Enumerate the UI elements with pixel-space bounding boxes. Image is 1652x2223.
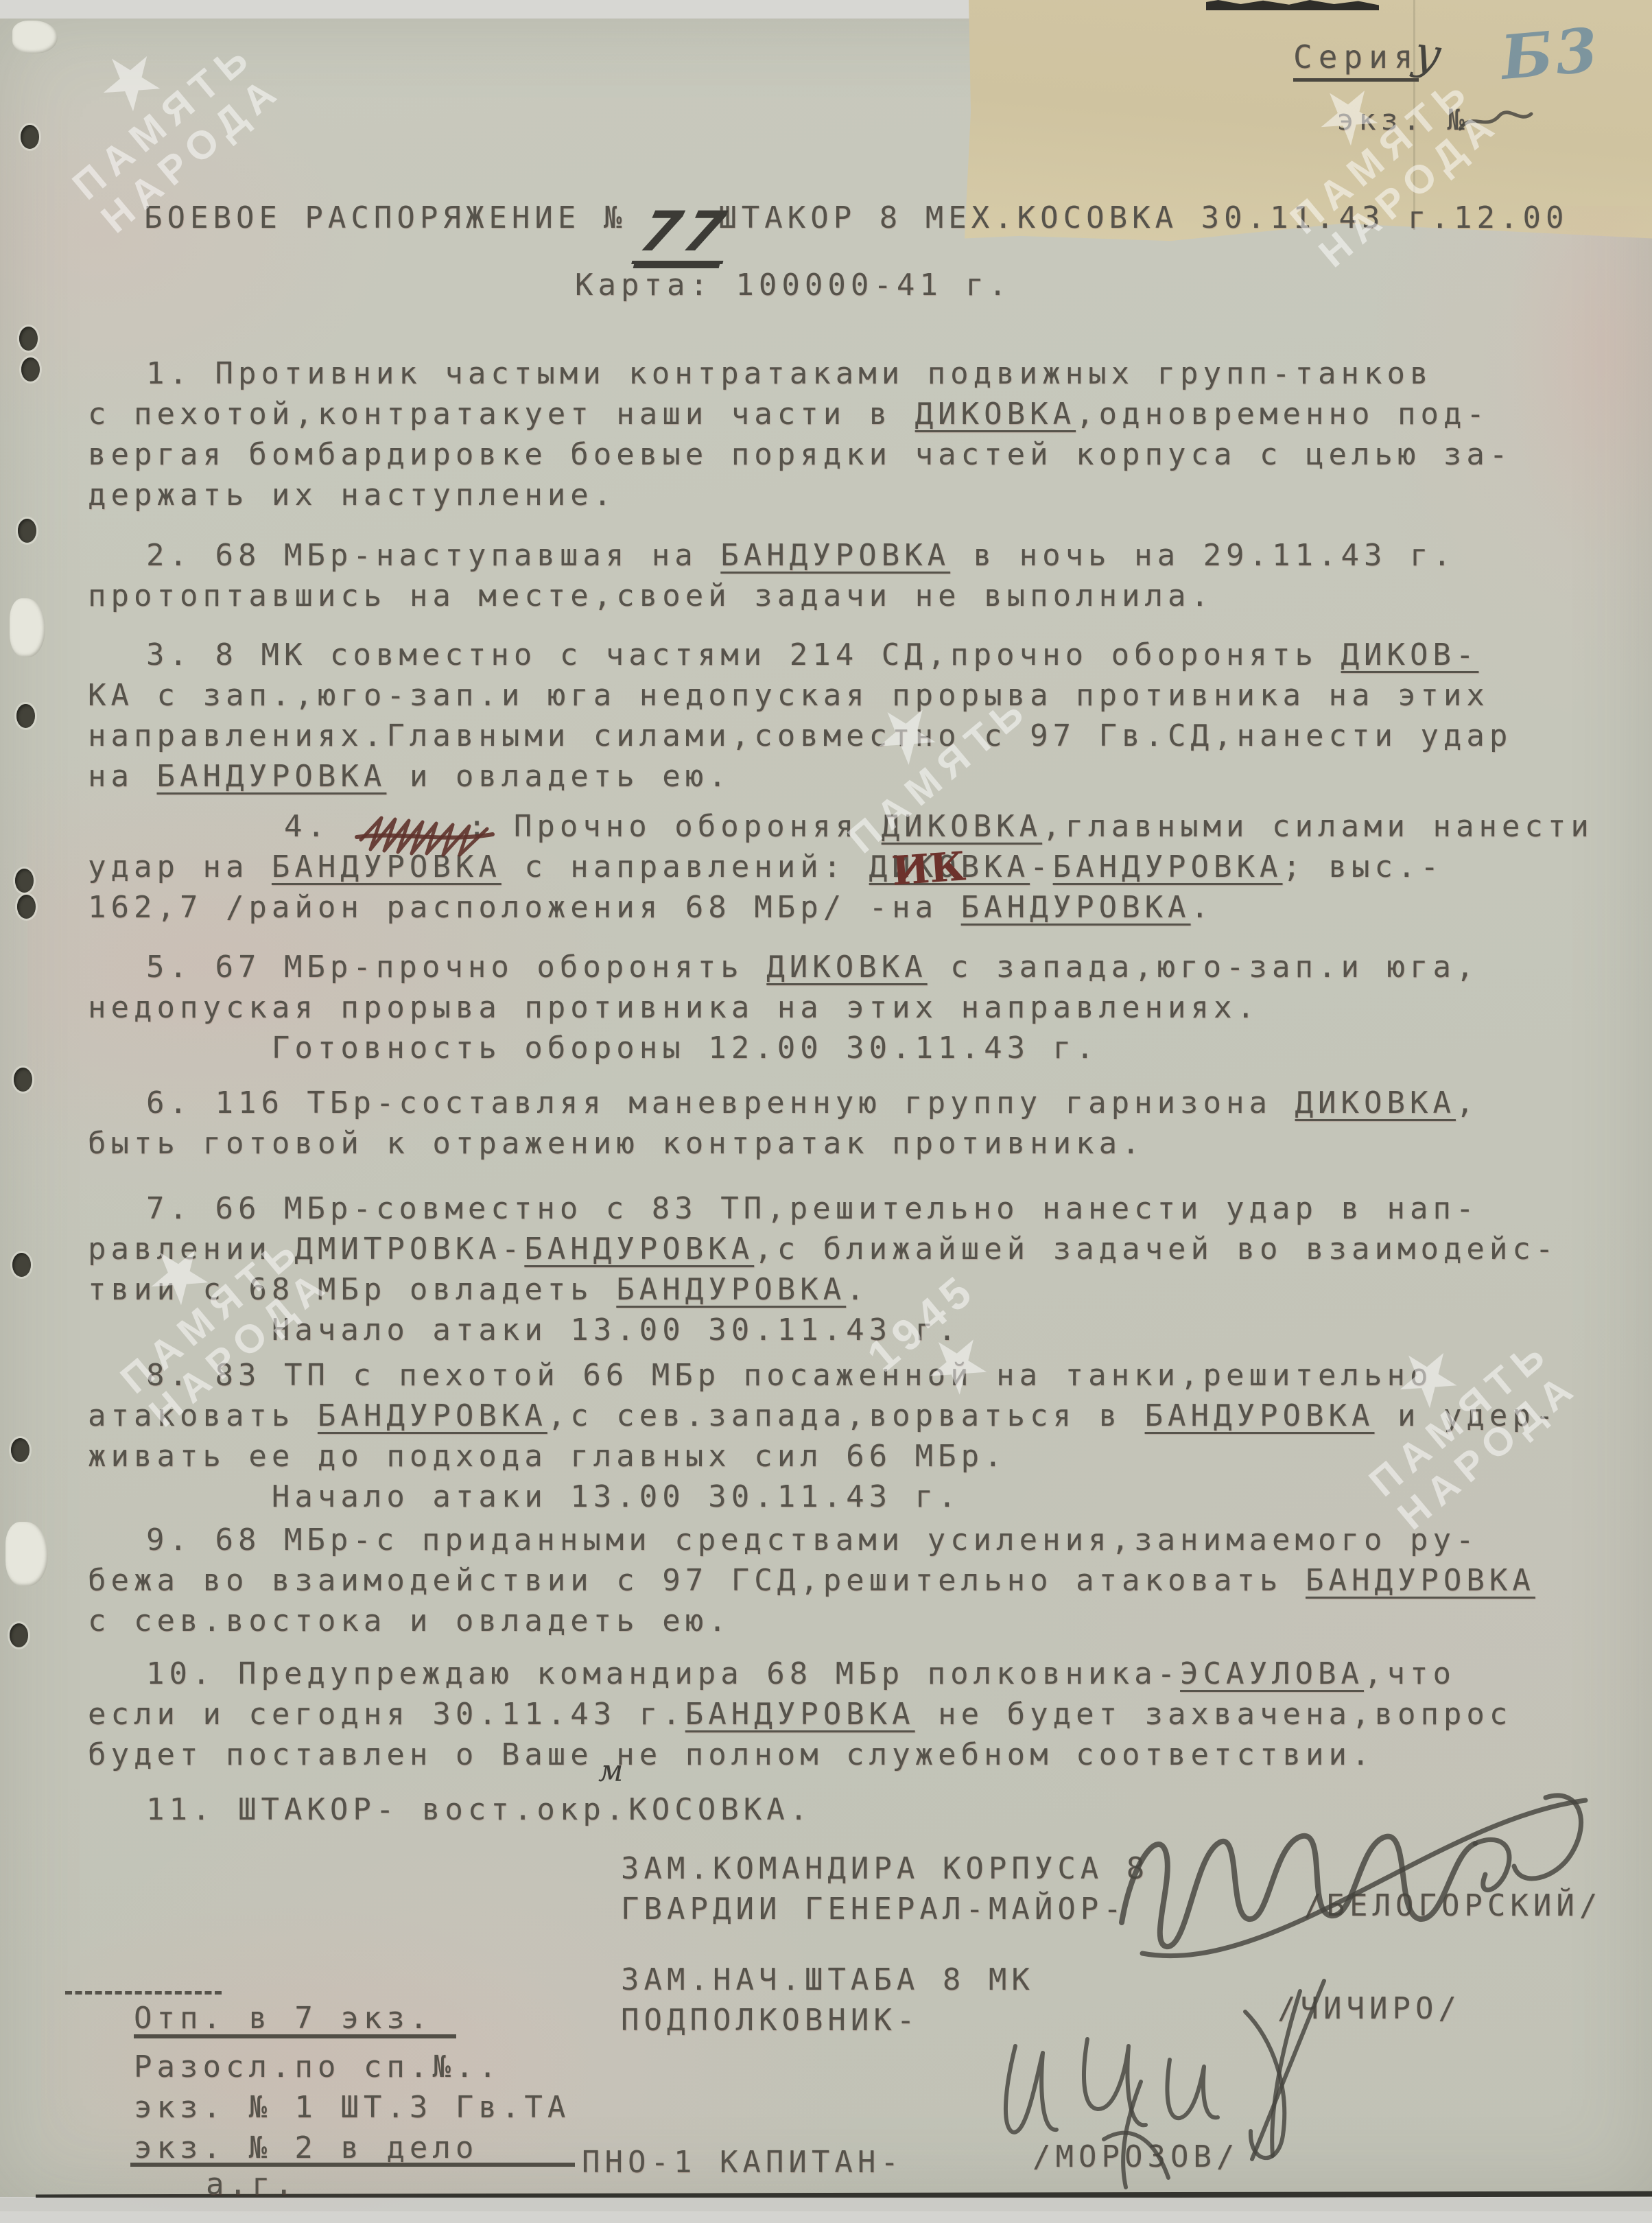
typed-line: 8. 83 ТП с пехотой 66 МБр посаженной на … bbox=[88, 1355, 1649, 1396]
typed-line: с пехотой,контратакует наши части в ДИКО… bbox=[88, 394, 1649, 434]
punch-hole bbox=[12, 1253, 31, 1277]
typed-line: с сев.востока и овладеть ею. bbox=[88, 1601, 1649, 1641]
distribution-block: Отп. в 7 экз.Разосл.по сп.№..экз. № 1 ШТ… bbox=[134, 1998, 751, 2168]
paragraph-10: 10. Предупреждаю командира 68 МБр полков… bbox=[88, 1654, 1649, 1775]
scanner-background-top bbox=[0, 0, 971, 19]
signer1-position-line1: ЗАМ.КОМАНДИРА КОРПУСА 8 bbox=[621, 1851, 1149, 1886]
punch-hole bbox=[17, 895, 36, 919]
typed-line: 7. 66 МБр-совместно с 83 ТП,решительно н… bbox=[88, 1188, 1649, 1229]
typed-line: вергая бомбардировке боевые порядки част… bbox=[88, 434, 1649, 475]
typed-line: Начало атаки 13.00 30.11.43 г. bbox=[88, 1477, 1649, 1517]
typed-line: держать их наступление. bbox=[88, 475, 1649, 515]
typed-line: 5. 67 МБр-прочно оборонять ДИКОВКА с зап… bbox=[88, 947, 1649, 987]
typed-line: 6. 116 ТБр-составляя маневренную группу … bbox=[88, 1083, 1649, 1123]
typed-line: 9. 68 МБр-с приданными средствами усилен… bbox=[88, 1520, 1649, 1560]
handwritten-order-number: 77 bbox=[631, 204, 737, 264]
paragraph-1: 1. Противник частыми контратаками подвиж… bbox=[88, 353, 1649, 515]
punch-hole bbox=[18, 519, 36, 543]
punch-hole bbox=[14, 1068, 32, 1092]
typed-line: 2. 68 МБр-наступавшая на БАНДУРОВКА в но… bbox=[88, 535, 1649, 576]
typed-line: КА с зап.,юго-зап.и юга недопуская проры… bbox=[88, 675, 1649, 716]
typed-line: на БАНДУРОВКА и овладеть ею. bbox=[88, 756, 1649, 797]
paragraph-8: 8. 83 ТП с пехотой 66 МБр посаженной на … bbox=[88, 1355, 1649, 1517]
paragraph-9: 9. 68 МБр-с приданными средствами усилен… bbox=[88, 1520, 1649, 1641]
typed-line: Разосл.по сп.№.. bbox=[134, 2047, 751, 2087]
document-title: БОЕВОЕ РАСПОРЯЖЕНИЕ №77ШТАКОР 8 МЕХ.КОСО… bbox=[144, 200, 1568, 235]
paragraph-2: 2. 68 МБр-наступавшая на БАНДУРОВКА в но… bbox=[88, 535, 1649, 616]
punch-hole bbox=[11, 1438, 29, 1462]
handwritten-insert-letter: м bbox=[598, 1754, 623, 1789]
typed-line: 1. Противник частыми контратаками подвиж… bbox=[88, 353, 1649, 394]
map-reference-line: Карта: 100000-41 г. bbox=[575, 268, 1011, 303]
typed-line: 4. : Прочно обороняя ДИКОВКА,главными си… bbox=[88, 806, 1649, 847]
torn-edge bbox=[12, 21, 58, 54]
typed-line: недопуская прорыва противника на этих на… bbox=[88, 987, 1649, 1028]
dashed-separator bbox=[65, 1991, 222, 1995]
punch-hole bbox=[10, 1623, 28, 1647]
title-suffix: ШТАКОР 8 МЕХ.КОСОВКА 30.11.43 г.12.00 bbox=[718, 200, 1568, 235]
typed-line: 3. 8 МК совместно с частями 214 СД,прочн… bbox=[88, 635, 1649, 675]
paragraph-6: 6. 116 ТБр-составляя маневренную группу … bbox=[88, 1083, 1649, 1164]
typed-line: атаковать БАНДУРОВКА,с сев.запада,ворват… bbox=[88, 1396, 1649, 1436]
signer3-position: ПНО-1 КАПИТАН- bbox=[582, 2145, 904, 2180]
footer-rule bbox=[130, 2163, 575, 2167]
punch-hole bbox=[19, 327, 38, 351]
punch-hole bbox=[21, 357, 40, 381]
typed-line: будет поставлен о Ваше не полном служебн… bbox=[88, 1734, 1649, 1775]
paragraph-5: 5. 67 МБр-прочно оборонять ДИКОВКА с зап… bbox=[88, 947, 1649, 1068]
typed-line: если и сегодня 30.11.43 г.БАНДУРОВКА не … bbox=[88, 1694, 1649, 1734]
serial-label: Серия bbox=[1293, 38, 1419, 82]
paragraph-7: 7. 66 МБр-совместно с 83 ТП,решительно н… bbox=[88, 1188, 1649, 1350]
paragraph-3: 3. 8 МК совместно с частями 214 СД,прочн… bbox=[88, 635, 1649, 797]
punch-hole bbox=[15, 869, 34, 893]
title-prefix: БОЕВОЕ РАСПОРЯЖЕНИЕ № bbox=[144, 200, 626, 235]
typist-initials: а.г. bbox=[206, 2167, 298, 2202]
punch-hole bbox=[16, 704, 35, 728]
pencil-squiggle bbox=[1454, 104, 1544, 140]
typed-line: быть готовой к отражению контратак проти… bbox=[88, 1123, 1649, 1164]
typed-line: 162,7 /район расположения 68 МБр/ -на БА… bbox=[88, 887, 1649, 928]
typed-line: бежа во взаимодействии с 97 ГСД,решитель… bbox=[88, 1560, 1649, 1601]
scribbled-out-word bbox=[357, 811, 494, 859]
punch-hole bbox=[21, 125, 39, 149]
copy-number-label: экз. № bbox=[1336, 103, 1470, 137]
signature-belogorsky bbox=[1101, 1778, 1629, 1984]
signer2-position-line1: ЗАМ.НАЧ.ШТАБА 8 МК bbox=[621, 1962, 1035, 1997]
torn-edge bbox=[10, 598, 45, 657]
red-overwrite-letters: ИК bbox=[890, 843, 967, 894]
typed-line: 10. Предупреждаю командира 68 МБр полков… bbox=[88, 1654, 1649, 1694]
typed-line: равлении ДМИТРОВКА-БАНДУРОВКА,с ближайше… bbox=[88, 1229, 1649, 1269]
paragraph-4: 4. : Прочно обороняя ДИКОВКА,главными си… bbox=[88, 806, 1649, 928]
typed-line: Начало атаки 13.00 30.11.43 г. bbox=[88, 1310, 1649, 1350]
signer1-position-line2: ГВАРДИИ ГЕНЕРАЛ-МАЙОР- bbox=[621, 1892, 1126, 1927]
signature-chichiro bbox=[978, 1964, 1417, 2169]
typed-line: Отп. в 7 экз. bbox=[134, 1998, 456, 2038]
typed-line: направлениях.Главными силами,совместно с… bbox=[88, 716, 1649, 756]
typed-line: удар на БАНДУРОВКА с направлений: ДИКОВК… bbox=[88, 847, 1649, 887]
typed-line: экз. № 1 ШТ.3 Гв.ТА bbox=[134, 2087, 751, 2128]
torn-edge bbox=[5, 1522, 48, 1586]
signature-morozov-mark bbox=[1087, 2073, 1190, 2197]
typed-line: твии с 68 МБр овладеть БАНДУРОВКА. bbox=[88, 1269, 1649, 1310]
typed-line: протоптавшись на месте,своей задачи не в… bbox=[88, 576, 1649, 616]
typed-line: живать ее до подхода главных сил 66 МБр. bbox=[88, 1436, 1649, 1477]
scanned-document: Серия у Б3 экз. № БОЕВОЕ РАСПОРЯЖЕНИЕ №7… bbox=[0, 0, 1652, 2211]
typed-line: Готовность обороны 12.00 30.11.43 г. bbox=[88, 1028, 1649, 1068]
blue-pencil-mark: Б3 bbox=[1498, 14, 1603, 93]
